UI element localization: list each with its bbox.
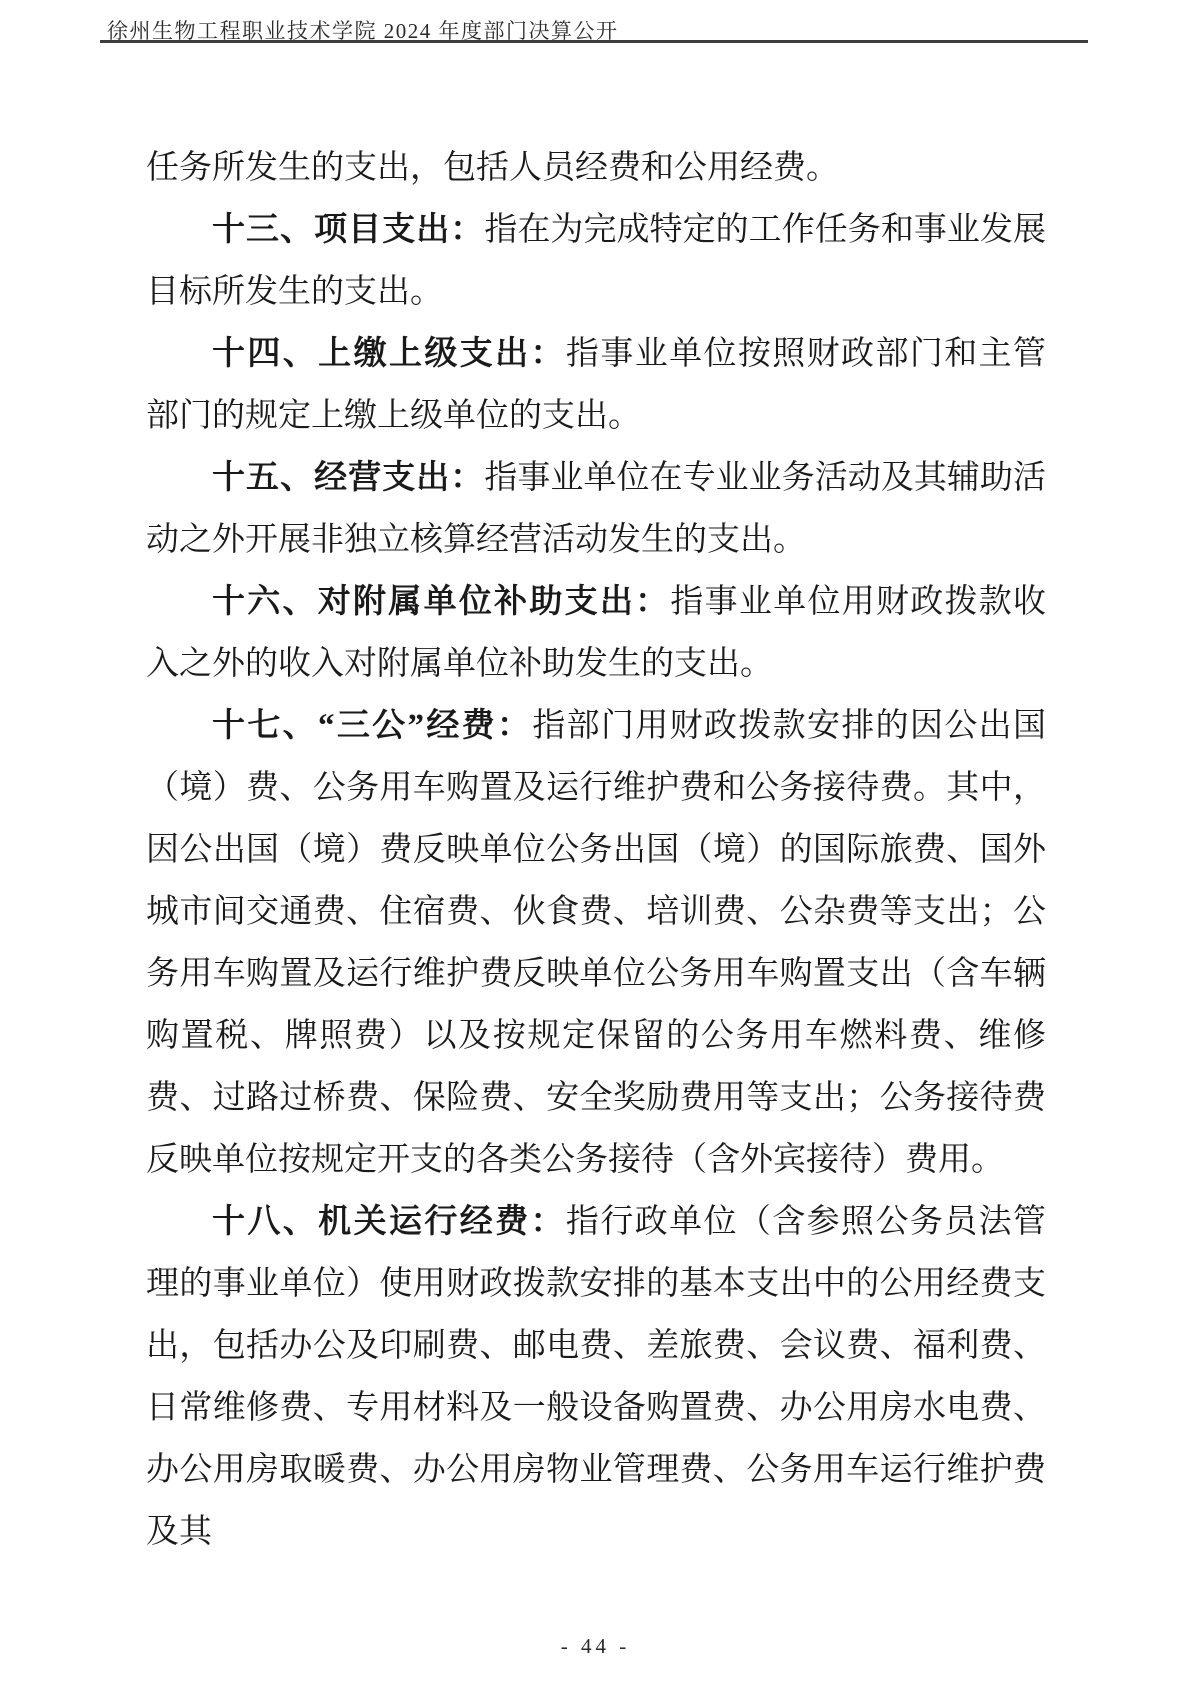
paragraph-text: 指部门用财政拨款安排的因公出国（境）费、公务用车购置及运行维护费和公务接待费。其…: [146, 708, 1046, 1178]
document-body: 任务所发生的支出，包括人员经费和公用经费。 十三、项目支出：指在为完成特定的工作…: [146, 137, 1046, 1563]
page-number: - 44 -: [0, 1634, 1191, 1659]
header-rule-divider: [100, 40, 1088, 43]
paragraph-continued-basic-expenditure: 任务所发生的支出，包括人员经费和公用经费。: [146, 137, 1046, 199]
paragraph-13-project-expenditure: 十三、项目支出：指在为完成特定的工作任务和事业发展目标所发生的支出。: [146, 199, 1046, 323]
paragraph-16-subsidy-to-affiliated-units: 十六、对附属单位补助支出：指事业单位用财政拨款收入之外的收入对附属单位补助发生的…: [146, 571, 1046, 695]
term-label: 十八、机关运行经费：: [212, 1204, 566, 1240]
paragraph-17-three-public-funds: 十七、“三公”经费：指部门用财政拨款安排的因公出国（境）费、公务用车购置及运行维…: [146, 695, 1046, 1191]
term-label: 十四、上缴上级支出：: [212, 336, 566, 372]
paragraph-18-agency-operation-funds: 十八、机关运行经费：指行政单位（含参照公务员法管理的事业单位）使用财政拨款安排的…: [146, 1191, 1046, 1563]
paragraph-text: 任务所发生的支出，包括人员经费和公用经费。: [146, 150, 839, 186]
paragraph-14-payment-to-superior: 十四、上缴上级支出：指事业单位按照财政部门和主管部门的规定上缴上级单位的支出。: [146, 323, 1046, 447]
term-label: 十六、对附属单位补助支出：: [212, 584, 670, 620]
paragraph-15-operating-expenditure: 十五、经营支出：指事业单位在专业业务活动及其辅助活动之外开展非独立核算经营活动发…: [146, 447, 1046, 571]
term-label: 十五、经营支出：: [212, 460, 484, 496]
term-label: 十七、“三公”经费：: [212, 708, 532, 744]
paragraph-text: 指行政单位（含参照公务员法管理的事业单位）使用财政拨款安排的基本支出中的公用经费…: [146, 1204, 1046, 1550]
document-page: 徐州生物工程职业技术学院 2024 年度部门决算公开 任务所发生的支出，包括人员…: [0, 0, 1191, 1684]
term-label: 十三、项目支出：: [212, 212, 484, 248]
